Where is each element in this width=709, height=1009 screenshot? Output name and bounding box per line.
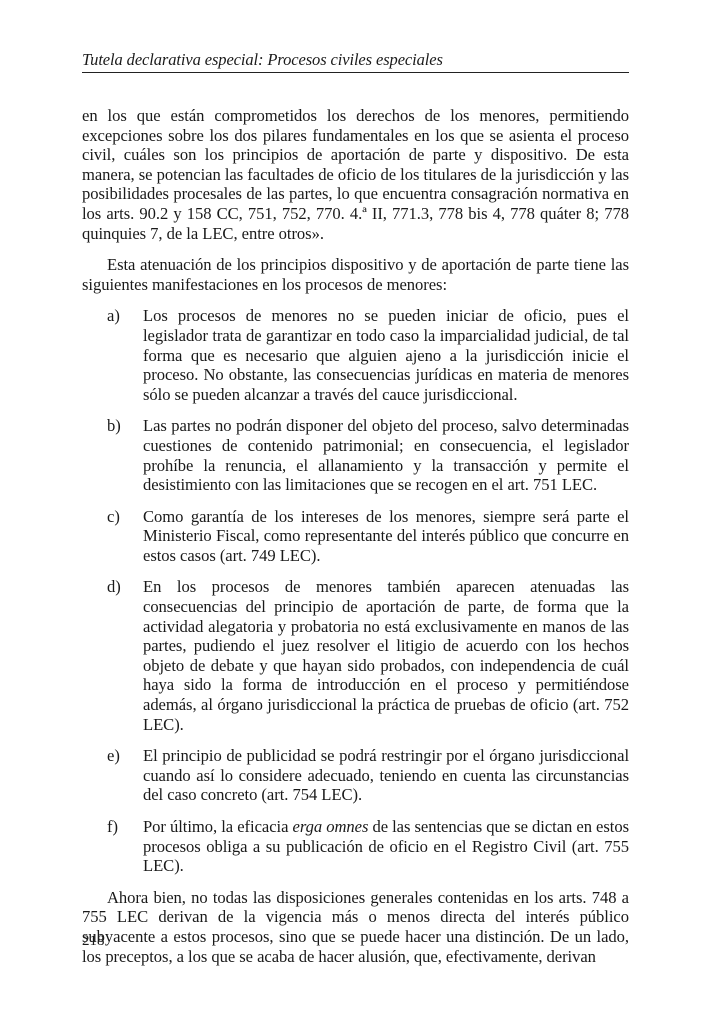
- page-number: 218: [82, 932, 105, 950]
- list-item-text: Los procesos de menores no se pueden ini…: [143, 306, 629, 404]
- list-item-text: El principio de publicidad se podrá rest…: [143, 746, 629, 805]
- manifestations-list: a) Los procesos de menores no se pueden …: [82, 306, 629, 875]
- list-item-label: d): [107, 577, 143, 734]
- list-item-label: e): [107, 746, 143, 805]
- paragraph-closing: Ahora bien, no todas las disposiciones g…: [82, 888, 629, 966]
- list-item: f) Por último, la eficacia erga omnes de…: [82, 817, 629, 876]
- body-text: en los que están comprometidos los derec…: [82, 106, 629, 966]
- list-item: c) Como garantía de los intereses de los…: [82, 507, 629, 566]
- list-item-label: f): [107, 817, 143, 876]
- list-item: b) Las partes no podrán disponer del obj…: [82, 416, 629, 494]
- list-item: d) En los procesos de menores también ap…: [82, 577, 629, 734]
- page: Tutela declarativa especial: Procesos ci…: [82, 50, 629, 966]
- list-item-text: En los procesos de menores también apare…: [143, 577, 629, 734]
- paragraph-intro-list: Esta atenuación de los principios dispos…: [82, 255, 629, 294]
- running-head: Tutela declarativa especial: Procesos ci…: [82, 50, 629, 73]
- paragraph-continuation: en los que están comprometidos los derec…: [82, 106, 629, 243]
- list-item-label: c): [107, 507, 143, 566]
- list-item: a) Los procesos de menores no se pueden …: [82, 306, 629, 404]
- list-item-label: b): [107, 416, 143, 494]
- list-item-text: Como garantía de los intereses de los me…: [143, 507, 629, 566]
- list-item-text: Las partes no podrán disponer del objeto…: [143, 416, 629, 494]
- list-item-label: a): [107, 306, 143, 404]
- list-item: e) El principio de publicidad se podrá r…: [82, 746, 629, 805]
- latin-term-italic: erga omnes: [293, 817, 369, 836]
- text-before-italic: Por último, la eficacia: [143, 817, 293, 836]
- list-item-text: Por último, la eficacia erga omnes de la…: [143, 817, 629, 876]
